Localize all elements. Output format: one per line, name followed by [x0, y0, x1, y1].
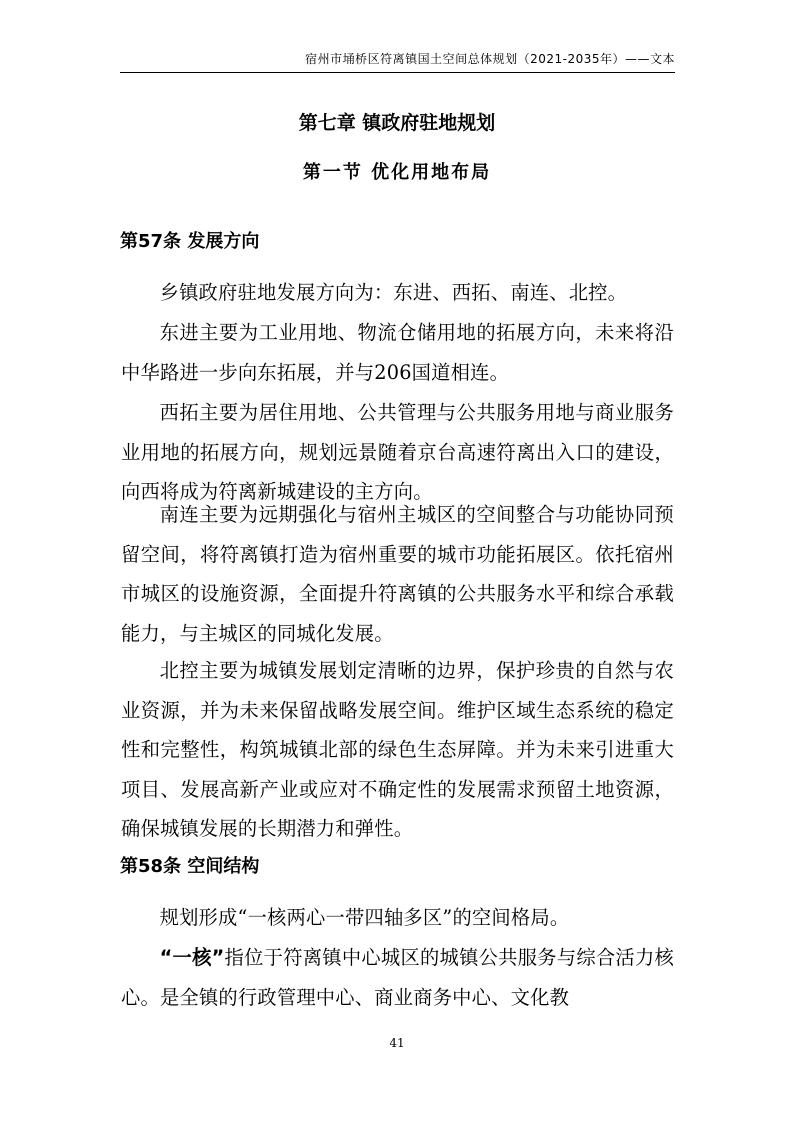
chapter-title: 第七章 镇政府驻地规划 [0, 108, 794, 138]
running-title: 宿州市埇桥区符离镇国土空间总体规划（2021-2035年）——文本 [305, 52, 675, 66]
paragraph: 北控主要为城镇发展划定清晰的边界，保护珍贵的自然与农业资源，并为未来保留战略发展… [121, 651, 674, 849]
article-58-title: 第58条 空间结构 [120, 852, 259, 882]
paragraph: 西拓主要为居住用地、公共管理与公共服务用地与商业服务业用地的拓展方向，规划远景随… [121, 393, 674, 512]
section-title: 第一节 优化用地布局 [0, 158, 794, 188]
article-57-title: 第57条 发展方向 [120, 227, 259, 257]
paragraph: 东进主要为工业用地、物流仓储用地的拓展方向，未来将沿中华路进一步向东拓展，并与2… [121, 313, 674, 392]
paragraph: 乡镇政府驻地发展方向为：东进、西拓、南连、北控。 [121, 273, 674, 313]
paragraph: “一核”指位于符离镇中心城区的城镇公共服务与综合活力核心。是全镇的行政管理中心、… [121, 938, 674, 1017]
running-header: 宿州市埇桥区符离镇国土空间总体规划（2021-2035年）——文本 [120, 50, 675, 73]
page-number: 41 [0, 1036, 794, 1050]
paragraph: 南连主要为远期强化与宿州主城区的空间整合与功能协同预留空间，将符离镇打造为宿州重… [121, 495, 674, 653]
paragraph: 规划形成“一核两心一带四轴多区”的空间格局。 [121, 898, 674, 938]
bold-term: “一核” [160, 946, 225, 969]
